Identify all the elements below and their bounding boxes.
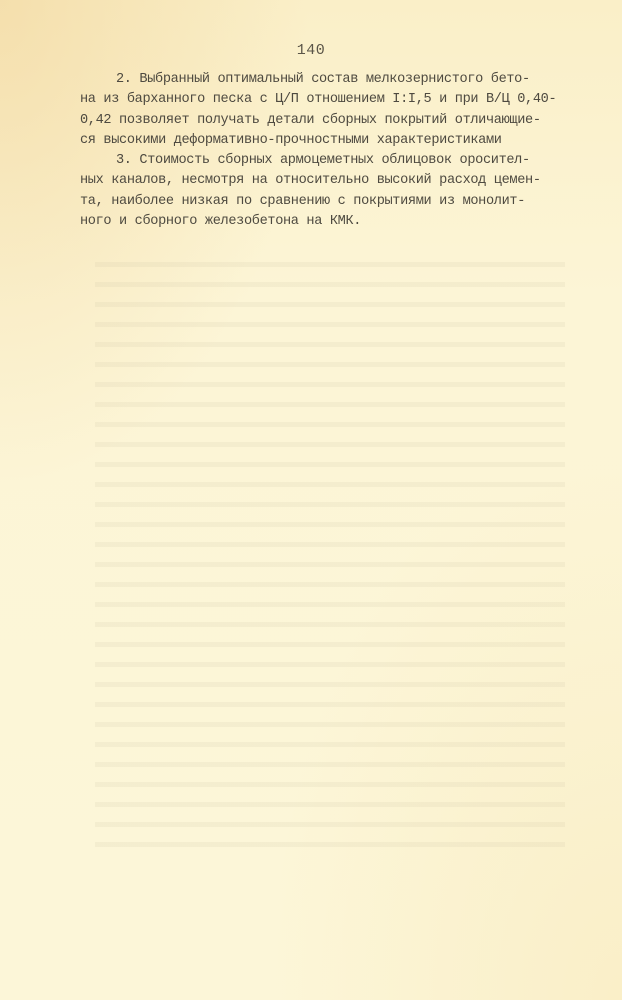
document-page: 140 2. Выбранный оптимальный состав мелк… — [0, 0, 622, 1000]
text-line: ного и сборного железобетона на КМК. — [80, 212, 600, 232]
text-line: ных каналов, несмотря на относительно вы… — [80, 171, 600, 191]
text-line: 3. Стоимость сборных армоцеметных облицо… — [80, 151, 600, 171]
text-line: 0,42 позволяет получать детали сборных п… — [80, 111, 600, 131]
text-line: 2. Выбранный оптимальный состав мелкозер… — [80, 70, 600, 90]
text-line: на из барханного песка с Ц/П отношением … — [80, 90, 600, 110]
page-number: 140 — [0, 42, 622, 59]
reverse-side-bleed-through — [95, 250, 565, 850]
text-line: ся высокими деформативно-прочностными ха… — [80, 131, 600, 151]
paragraph-item-3: 3. Стоимость сборных армоцеметных облицо… — [80, 151, 600, 232]
paragraph-item-2: 2. Выбранный оптимальный состав мелкозер… — [80, 70, 600, 151]
text-line: та, наиболее низкая по сравнению с покры… — [80, 192, 600, 212]
body-text: 2. Выбранный оптимальный состав мелкозер… — [80, 70, 600, 232]
